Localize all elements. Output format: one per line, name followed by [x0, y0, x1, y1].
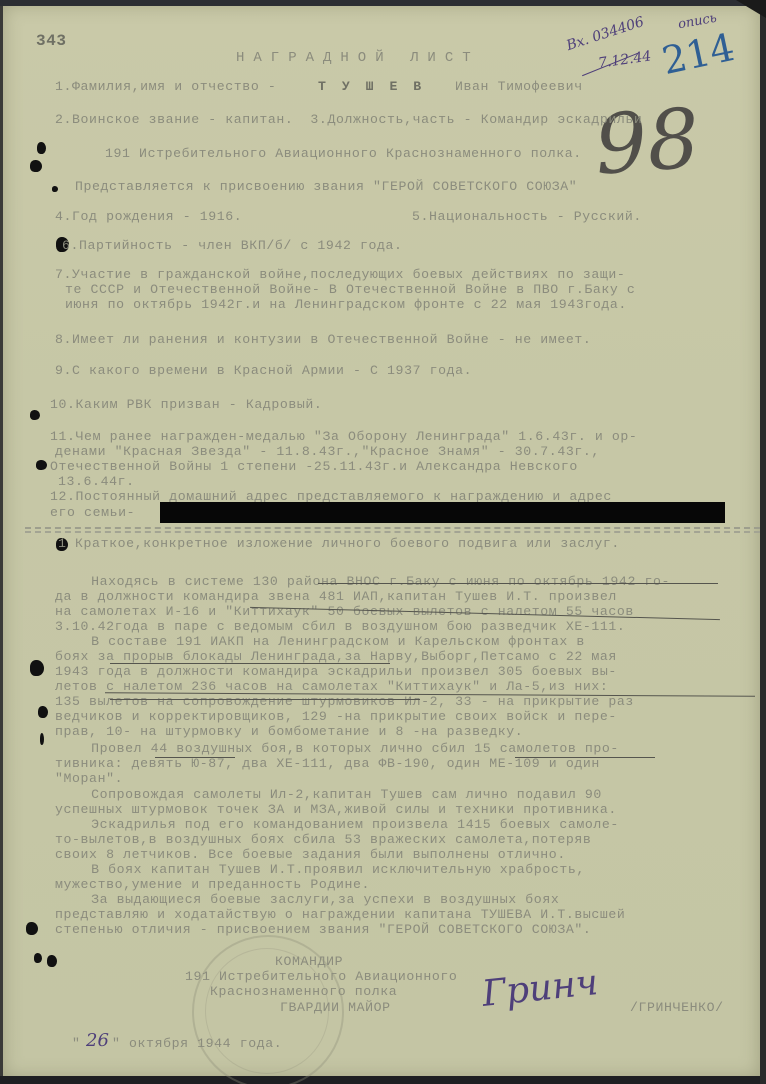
date-quote-open: " [72, 1037, 81, 1050]
narrative-line: 3.10.42года в паре с ведомым сбил в возд… [55, 620, 625, 633]
underline [318, 583, 718, 584]
signer-unit-line1: 191 Истребительного Авиационного [185, 970, 457, 983]
field-11-line1: 11.Чем ранее награжден-медалью "За Оборо… [50, 430, 637, 443]
field-6-party: 6.Партийность - член ВКП/б/ с 1942 года. [62, 239, 403, 252]
narrative-line: то-вылетов,в воздушных боях сбила 53 вра… [55, 833, 591, 846]
narrative-line: Находясь в системе 130 района ВНОС г.Бак… [40, 575, 670, 588]
separator-line [25, 527, 760, 529]
scan-border-bottom [0, 1076, 766, 1084]
binding-hole [36, 460, 47, 470]
narrative-line: представляю и ходатайствую о награждении… [55, 908, 625, 921]
field-10-rvk: 10.Каким РВК призван - Кадровый. [50, 398, 322, 411]
binding-hole [38, 706, 48, 718]
field-7-line3: июня по октябрь 1942г.и на Ленинградском… [65, 298, 627, 311]
narrative-line: степенью отличия - присвоением звания "Г… [55, 923, 591, 936]
narrative-line: 1943 года в должности командира эскадрил… [55, 665, 617, 678]
underline [110, 699, 420, 700]
binding-hole [30, 160, 42, 172]
narrative-line: Провел 44 воздушных боя,в которых лично … [40, 742, 619, 755]
narrative-line: да в должности командира звена 481 ИАП,к… [55, 590, 617, 603]
narrative-line: на самолетах И-16 и "Киттихаук" 50 боевы… [55, 605, 634, 618]
separator-line [25, 531, 760, 533]
narrative-line: мужество,умение и преданность Родине. [55, 878, 370, 891]
binding-hole [47, 955, 57, 967]
narrative-line: летов с налетом 236 часов на самолетах "… [55, 680, 608, 693]
narrative-line: прав, 10- на штурмовку и бомбометание и … [55, 725, 523, 738]
date-day: 26 [86, 1030, 109, 1051]
date-rest: " октября 1944 года. [112, 1037, 282, 1050]
signer-role: КОМАНДИР [275, 955, 343, 968]
field-3-unit: 191 Истребительного Авиационного Красноз… [105, 147, 582, 160]
narrative-line: В боях капитан Тушев И.Т.проявил исключи… [40, 863, 585, 876]
binding-hole [26, 922, 38, 935]
large-handwritten-mark: 98 [592, 91, 703, 193]
field-7-line2: те СССР и Отечественной Войне- В Отечест… [65, 283, 635, 296]
binding-hole [37, 142, 46, 154]
field-1-name: Иван Тимофеевич [455, 80, 583, 93]
field-1-label: 1.Фамилия,имя и отчество - [55, 80, 276, 93]
narrative-line: тивника: девять Ю-87, два ХЕ-111, два ФВ… [55, 757, 600, 770]
nomination-line: Представляется к присвоению звания "ГЕРО… [75, 180, 577, 193]
scan-border-right [760, 0, 766, 1084]
binding-hole [30, 660, 44, 676]
narrative-line: успешных штурмовок точек ЗА и МЗА,живой … [55, 803, 617, 816]
field-4-birth-year: 4.Год рождения - 1916. [55, 210, 242, 223]
signer-name: /ГРИНЧЕНКО/ [630, 1001, 724, 1014]
field-11-line2: денами "Красная Звезда" - 11.8.43г.,"Кра… [55, 445, 600, 458]
redacted-address [160, 502, 725, 523]
field-8-wounds: 8.Имеет ли ранения и контузии в Отечеств… [55, 333, 591, 346]
narrative-line: своих 8 летчиков. Все боевые задания был… [55, 848, 566, 861]
document-title: НАГРАДНОЙ ЛИСТ [236, 52, 480, 65]
underline [155, 757, 235, 758]
field-13-heading: 1 Краткое,конкретное изложение личного б… [58, 537, 620, 550]
scan-border-top [0, 0, 766, 6]
signer-unit-line2: Краснознаменного полка [210, 985, 397, 998]
binding-hole [34, 953, 42, 963]
archive-number: 343 [36, 35, 67, 48]
narrative-line: Сопровождая самолеты Ил-2,капитан Тушев … [40, 788, 602, 801]
binding-hole [52, 186, 58, 192]
narrative-line: В составе 191 ИАКП на Ленинградском и Ка… [40, 635, 585, 648]
narrative-line: боях за прорыв блокады Ленинграда,за Нар… [55, 650, 617, 663]
narrative-line: Эскадрилья под его командованием произве… [40, 818, 619, 831]
narrative-line: 135 вылетов на сопровождение штурмовиков… [55, 695, 634, 708]
field-9-service: 9.С какого времени в Красной Армии - С 1… [55, 364, 472, 377]
field-5-nationality: 5.Национальность - Русский. [412, 210, 642, 223]
field-2-3: 2.Воинское звание - капитан. 3.Должность… [55, 113, 642, 126]
field-12-line2: его семьи- [50, 506, 135, 519]
binding-hole [30, 410, 40, 420]
narrative-line: "Моран". [55, 772, 123, 785]
underline [110, 663, 390, 664]
narrative-line: За выдающиеся боевые заслуги,за успехи в… [40, 893, 559, 906]
field-11-line4: 13.6.44г. [58, 475, 135, 488]
field-11-line3: Отечественной Войны 1 степени -25.11.43г… [50, 460, 578, 473]
field-7-line1: 7.Участие в гражданской войне,последующи… [55, 268, 625, 281]
underline [515, 757, 655, 758]
narrative-line: ведчиков и корректировщиков, 129 -на при… [55, 710, 617, 723]
field-1-surname: Т У Ш Е В [318, 80, 425, 93]
signer-rank: ГВАРДИИ МАЙОР [280, 1001, 391, 1014]
